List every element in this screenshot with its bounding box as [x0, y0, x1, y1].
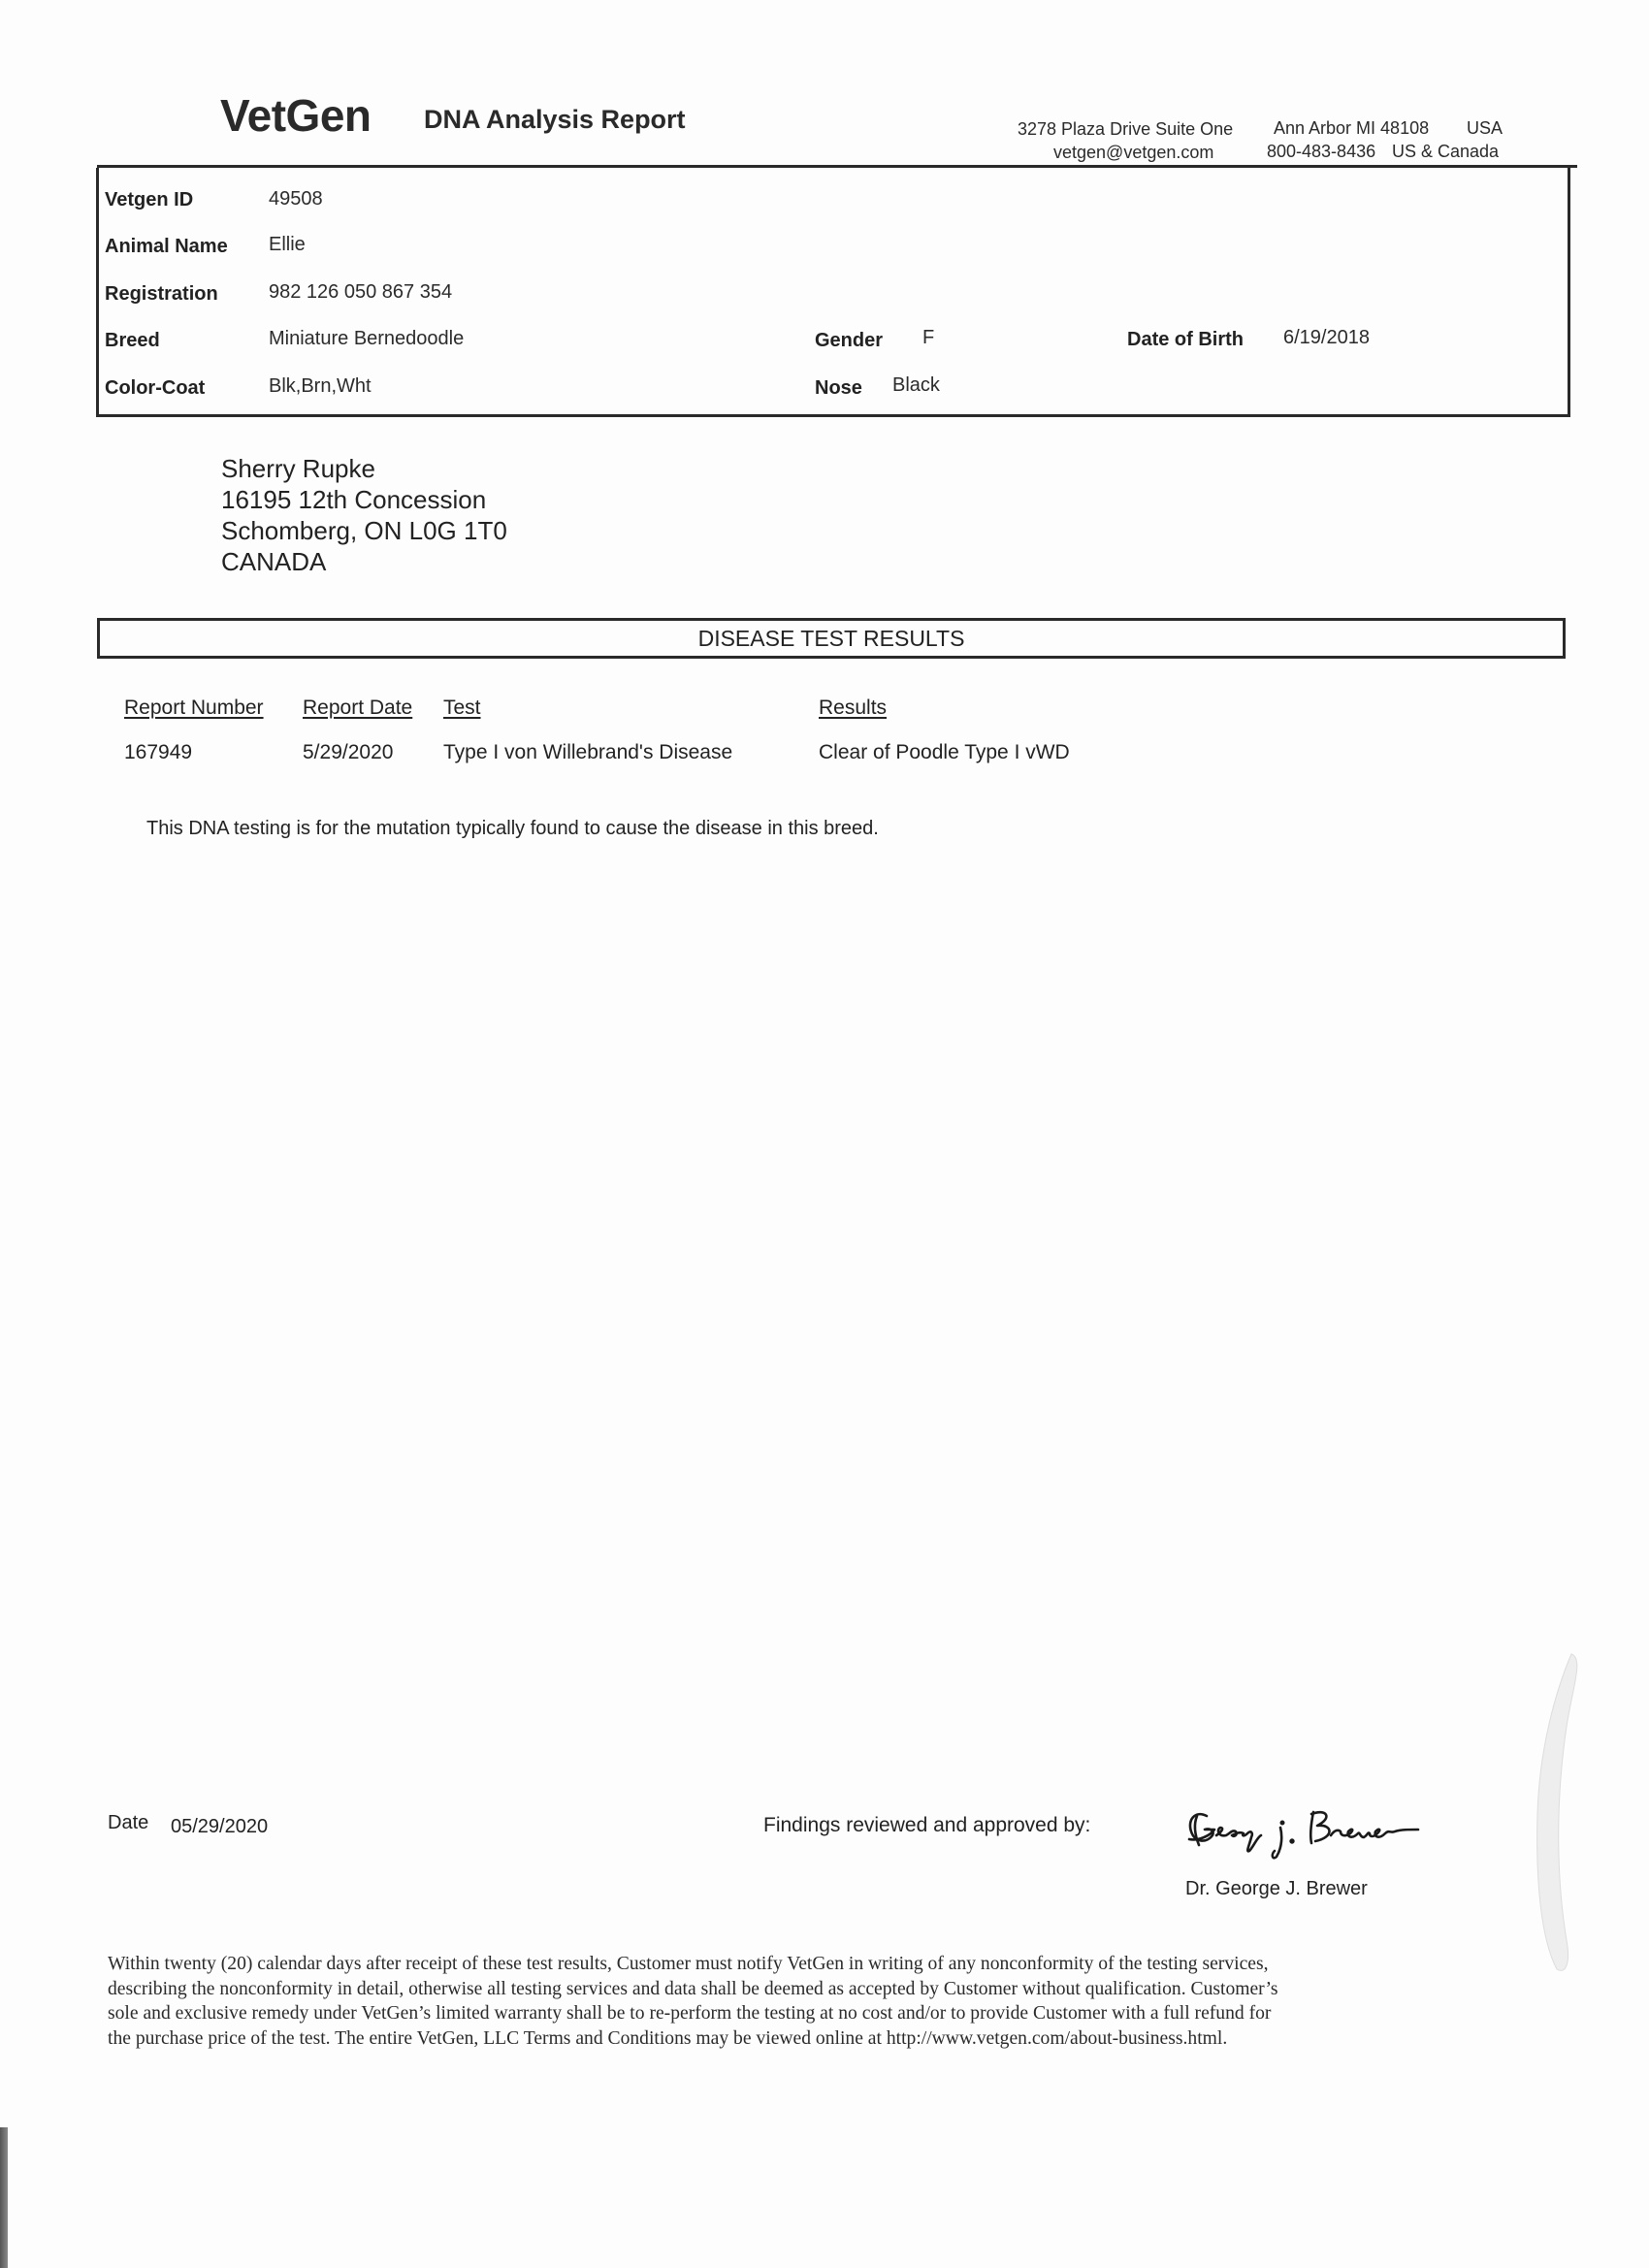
- nose-value: Black: [892, 374, 940, 397]
- gender-value: F: [922, 327, 934, 349]
- color-coat-label: Color-Coat: [105, 377, 205, 400]
- signer-name: Dr. George J. Brewer: [1185, 1878, 1368, 1900]
- result-cell: Clear of Poodle Type I vWD: [819, 741, 1070, 764]
- breed-label: Breed: [105, 330, 160, 352]
- column-header-report-number: Report Number: [124, 697, 264, 720]
- scan-smudge-mark: [1528, 1649, 1596, 1979]
- vetgen-id-label: Vetgen ID: [105, 189, 193, 211]
- scan-edge-shadow: [0, 2127, 8, 2268]
- column-header-results: Results: [819, 697, 887, 720]
- color-coat-value: Blk,Brn,Wht: [269, 375, 372, 398]
- vetgen-logo: VetGen: [220, 89, 372, 142]
- nose-label: Nose: [815, 377, 862, 400]
- owner-name: Sherry Rupke: [221, 454, 375, 484]
- report-date-cell: 5/29/2020: [303, 741, 393, 764]
- column-header-report-date: Report Date: [303, 697, 412, 720]
- report-title: DNA Analysis Report: [424, 105, 686, 135]
- legal-line: sole and exclusive remedy under VetGen’s…: [108, 2001, 1504, 2026]
- date-of-birth-label: Date of Birth: [1127, 329, 1244, 351]
- company-email: vetgen@vetgen.com: [1053, 143, 1213, 163]
- date-value: 05/29/2020: [171, 1816, 268, 1838]
- column-header-test: Test: [443, 697, 481, 720]
- vetgen-id-value: 49508: [269, 188, 323, 211]
- gender-label: Gender: [815, 330, 883, 352]
- breed-value: Miniature Bernedoodle: [269, 328, 464, 350]
- company-city: Ann Arbor MI 48108: [1274, 118, 1429, 139]
- legal-line: describing the nonconformity in detail, …: [108, 1977, 1504, 2002]
- legal-disclaimer: Within twenty (20) calendar days after r…: [108, 1952, 1504, 2051]
- company-phone-region: US & Canada: [1392, 142, 1499, 162]
- report-number-cell: 167949: [124, 741, 192, 764]
- test-cell: Type I von Willebrand's Disease: [443, 741, 732, 764]
- registration-value: 982 126 050 867 354: [269, 281, 452, 304]
- legal-line: Within twenty (20) calendar days after r…: [108, 1952, 1504, 1977]
- disease-results-header: DISEASE TEST RESULTS: [97, 618, 1566, 659]
- legal-line: the purchase price of the test. The enti…: [108, 2026, 1504, 2052]
- owner-city: Schomberg, ON L0G 1T0: [221, 516, 507, 546]
- owner-street: 16195 12th Concession: [221, 485, 486, 515]
- date-of-birth-value: 6/19/2018: [1283, 327, 1370, 349]
- date-label: Date: [108, 1812, 148, 1834]
- animal-name-label: Animal Name: [105, 236, 228, 258]
- company-country: USA: [1467, 118, 1503, 139]
- testing-note: This DNA testing is for the mutation typ…: [146, 818, 879, 840]
- animal-name-value: Ellie: [269, 234, 306, 256]
- approval-label: Findings reviewed and approved by:: [763, 1814, 1090, 1837]
- company-phone: 800-483-8436: [1267, 142, 1375, 162]
- company-street: 3278 Plaza Drive Suite One: [1018, 119, 1233, 140]
- registration-label: Registration: [105, 283, 218, 306]
- disease-results-title: DISEASE TEST RESULTS: [698, 626, 965, 651]
- owner-country: CANADA: [221, 547, 326, 577]
- signature-icon: [1185, 1806, 1457, 1871]
